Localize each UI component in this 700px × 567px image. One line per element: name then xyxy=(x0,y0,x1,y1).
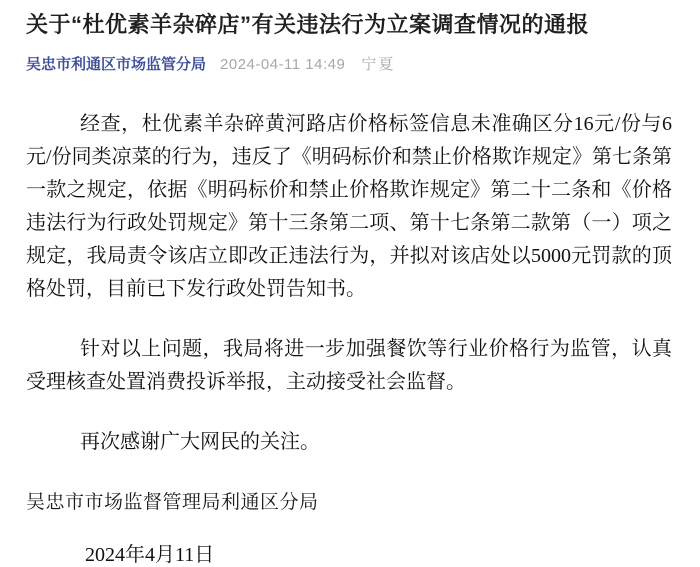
body-paragraph-supervision: 针对以上问题，我局将进一步加强餐饮等行业价格行为监管，认真受理核查处置消费投诉举… xyxy=(26,333,672,399)
body-paragraph-thanks: 再次感谢广大网民的关注。 xyxy=(26,426,672,459)
body-paragraph-investigation: 经查，杜优素羊杂碎黄河路店价格标签信息未准确区分16元/份与6元/份同类凉菜的行… xyxy=(26,108,672,306)
notice-article-page: 关于“杜优素羊杂碎店”有关违法行为立案调查情况的通报 吴忠市利通区市场监管分局 … xyxy=(0,0,700,567)
page-title: 关于“杜优素羊杂碎店”有关违法行为立案调查情况的通报 xyxy=(26,10,672,40)
issue-date: 2024年4月11日 xyxy=(26,542,672,567)
region-label: 宁夏 xyxy=(361,56,395,74)
issuing-agency-signature: 吴忠市市场监督管理局利通区分局 xyxy=(26,490,672,516)
article-body: 经查，杜优素羊杂碎黄河路店价格标签信息未准确区分16元/份与6元/份同类凉菜的行… xyxy=(26,108,672,459)
publish-timestamp: 2024-04-11 14:49 xyxy=(220,56,345,74)
byline: 吴忠市利通区市场监管分局 2024-04-11 14:49 宁夏 xyxy=(26,56,672,74)
publisher-source-link[interactable]: 吴忠市利通区市场监管分局 xyxy=(26,56,206,74)
